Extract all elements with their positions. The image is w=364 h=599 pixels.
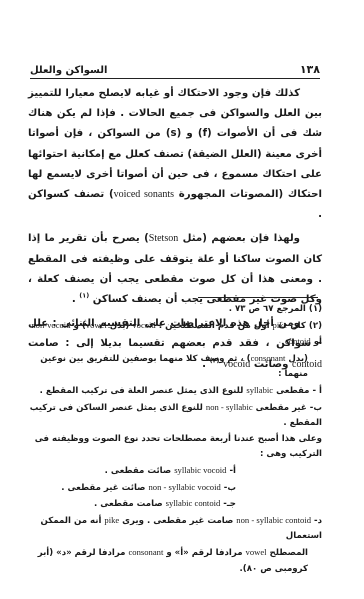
footnote-2-item-b: ب- غير مقطعى non - syllabic للنوع الذى ي… bbox=[28, 400, 322, 432]
latin-term: Stetson bbox=[149, 233, 178, 244]
footnote-2-term-b: ب- non - syllabic vocoid صائت غير مقطعى … bbox=[28, 480, 322, 497]
latin-term: vowel bbox=[86, 320, 107, 330]
fn-text: أول من قدم المصطلحين : bbox=[156, 321, 273, 331]
fn-text: أ - مقطعى bbox=[273, 386, 322, 396]
header-divider bbox=[30, 78, 320, 79]
latin-term: non - syllabic vocoid bbox=[148, 482, 220, 492]
paragraph-text: ولهذا فإن بعضهم (مثل bbox=[178, 233, 300, 244]
footnotes: (١) المرجع ٦٧ ص ٧٣ . (٢) كان pike أول من… bbox=[28, 302, 322, 577]
footnote-2-term-c: جـ- syllabic contoid صامت مقطعى . bbox=[28, 496, 322, 513]
paragraph-text: كذلك فإن وجود الاحتكاك أو غيابه لايصلح م… bbox=[28, 88, 322, 200]
fn-text: (٢) كان bbox=[287, 321, 322, 331]
latin-term: syllabic bbox=[246, 385, 273, 395]
page-number: ١٣٨ bbox=[300, 63, 320, 76]
paragraph-1: كذلك فإن وجود الاحتكاك أو غيابه لايصلح م… bbox=[28, 84, 322, 225]
fn-text: ب- bbox=[221, 483, 236, 493]
running-title: السواكن والعلل bbox=[30, 65, 107, 76]
footnote-2-term-d: د- non - syllabic contoid صامت غير مقطعى… bbox=[28, 513, 322, 545]
book-page: ١٣٨ السواكن والعلل كذلك فإن وجود الاحتكا… bbox=[0, 0, 364, 599]
footnote-2-term-a: أ- syllabic vocoid صائت مقطعى . bbox=[28, 463, 322, 480]
latin-term: non - syllabic contoid bbox=[236, 515, 311, 525]
latin-term: vowel bbox=[246, 547, 267, 557]
footnote-2-summary: وعلى هذا أصبح عندنا أربعة مصطلحات تحدد ن… bbox=[28, 432, 322, 463]
latin-term: non-vocoid bbox=[31, 320, 70, 330]
latin-term: syllabic vocoid bbox=[174, 465, 226, 475]
latin-term: vocoid bbox=[132, 320, 155, 330]
fn-text: ) و bbox=[71, 321, 86, 331]
fn-text: ب- غير مقطعى bbox=[253, 403, 322, 413]
footnote-2-line-2: (بدل consonant) ، ثم وصف كلا منهما بوصفي… bbox=[28, 351, 322, 383]
fn-text: صامت مقطعى . bbox=[94, 499, 166, 509]
fn-text: (بدل bbox=[107, 321, 133, 331]
latin-term: pike bbox=[104, 515, 119, 525]
latin-term: voiced sonants bbox=[114, 189, 174, 200]
fn-text: (بدل bbox=[285, 354, 308, 364]
latin-term: pike bbox=[273, 320, 288, 330]
latin-term: consonant bbox=[128, 547, 163, 557]
latin-term: consonant bbox=[251, 353, 286, 363]
footnote-ref-1[interactable]: (١) bbox=[79, 292, 89, 300]
fn-text: مرادفا لرقم «أ» و bbox=[163, 548, 245, 558]
fn-text: صائت غير مقطعى . bbox=[61, 483, 148, 493]
page-header: ١٣٨ السواكن والعلل bbox=[30, 62, 320, 76]
footnote-2-last-line: المصطلح vowel مرادفا لرقم «أ» و consonan… bbox=[28, 545, 322, 577]
footnote-divider bbox=[198, 297, 318, 298]
fn-text: المصطلح bbox=[267, 548, 308, 558]
fn-text: صائت مقطعى . bbox=[105, 466, 175, 476]
fn-text: أو bbox=[311, 337, 322, 347]
footnote-2-line-1: (٢) كان pike أول من قدم المصطلحين : voco… bbox=[28, 318, 322, 351]
fn-text: د- bbox=[311, 516, 322, 526]
footnote-2-item-a: أ - مقطعى syllabic للنوع الذى يمثل عنصر … bbox=[28, 383, 322, 400]
latin-term: syllabic contoid bbox=[166, 498, 221, 508]
fn-text: أ- bbox=[226, 466, 236, 476]
fn-text: جـ- bbox=[220, 499, 236, 509]
fn-text: للنوع الذى يمثل عنصر العلة فى تركيب المق… bbox=[40, 386, 247, 396]
latin-term: contoid bbox=[285, 336, 311, 346]
paragraph-2: ولهذا فإن بعضهم (مثل Stetson) يصرح بأن ت… bbox=[28, 229, 322, 310]
fn-text: صامت غير مقطعى . ويرى bbox=[119, 516, 236, 526]
footnote-1: (١) المرجع ٦٧ ص ٧٣ . bbox=[28, 302, 322, 318]
latin-term: non - syllabic bbox=[206, 402, 253, 412]
